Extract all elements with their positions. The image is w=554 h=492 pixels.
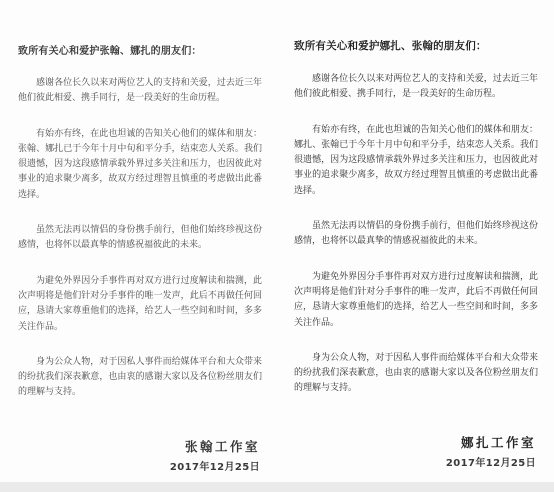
studio-signature: 娜扎工作室: [294, 433, 536, 451]
statement-date: 2017年12月25日: [18, 458, 260, 473]
statement-paragraph: 虽然无法再以情侣的身份携手前行，但他们始终珍视这份感情，也将怀以最真挚的情感祝福…: [18, 223, 262, 254]
statement-paragraph: 身为公众人物，对于因私人事件而给媒体平台和大众带来的纷扰我们深表歉意，也由衷的感…: [18, 355, 262, 401]
signature-block: 娜扎工作室 2017年12月25日: [294, 433, 538, 469]
statement-salutation: 致所有关心和爱护娜扎、张翰的朋友们：: [294, 38, 538, 53]
statement-paragraph: 为避免外界因分手事件再对双方进行过度解读和揣测，此次声明将是他们针对分手事件的唯…: [18, 274, 262, 335]
statement-paragraph: 虽然无法再以情侣的身份携手前行，但他们始终珍视这份感情，也将怀以最真挚的情感祝福…: [294, 219, 538, 250]
statement-paragraph: 为避免外界因分手事件再对双方进行过度解读和揣测，此次声明将是他们针对分手事件的唯…: [294, 270, 538, 331]
signature-block: 张翰工作室 2017年12月25日: [18, 437, 262, 473]
statement-paragraph: 感谢各位长久以来对两位艺人的支持和关爱，过去近三年他们彼此相爱、携手同行，是一段…: [18, 76, 262, 107]
statement-date: 2017年12月25日: [294, 454, 536, 469]
statement-paragraph: 有始亦有终，在此也坦诚的告知关心他们的媒体和朋友：娜扎、张翰已于今年十月中旬和平…: [294, 123, 538, 199]
statement-paragraph: 身为公众人物，对于因私人事件而给媒体平台和大众带来的纷扰我们深表歉意，也由衷的感…: [294, 351, 538, 397]
photo-bottom-edge: [0, 482, 554, 492]
statement-salutation: 致所有关心和爱护张翰、娜扎的朋友们：: [18, 42, 262, 57]
statement-doc-zhanghan: 致所有关心和爱护张翰、娜扎的朋友们： 感谢各位长久以来对两位艺人的支持和关爱，过…: [18, 0, 262, 492]
studio-signature: 张翰工作室: [18, 437, 260, 455]
statement-doc-nazha: 致所有关心和爱护娜扎、张翰的朋友们： 感谢各位长久以来对两位艺人的支持和关爱，过…: [294, 0, 538, 492]
statement-paragraph: 感谢各位长久以来对两位艺人的支持和关爱，过去近三年他们彼此相爱、携手同行，是一段…: [294, 72, 538, 103]
statements-photo: 致所有关心和爱护张翰、娜扎的朋友们： 感谢各位长久以来对两位艺人的支持和关爱，过…: [0, 0, 554, 492]
statement-paragraph: 有始亦有终，在此也坦诚的告知关心他们的媒体和朋友：张翰、娜扎已于今年十月中旬和平…: [18, 127, 262, 203]
